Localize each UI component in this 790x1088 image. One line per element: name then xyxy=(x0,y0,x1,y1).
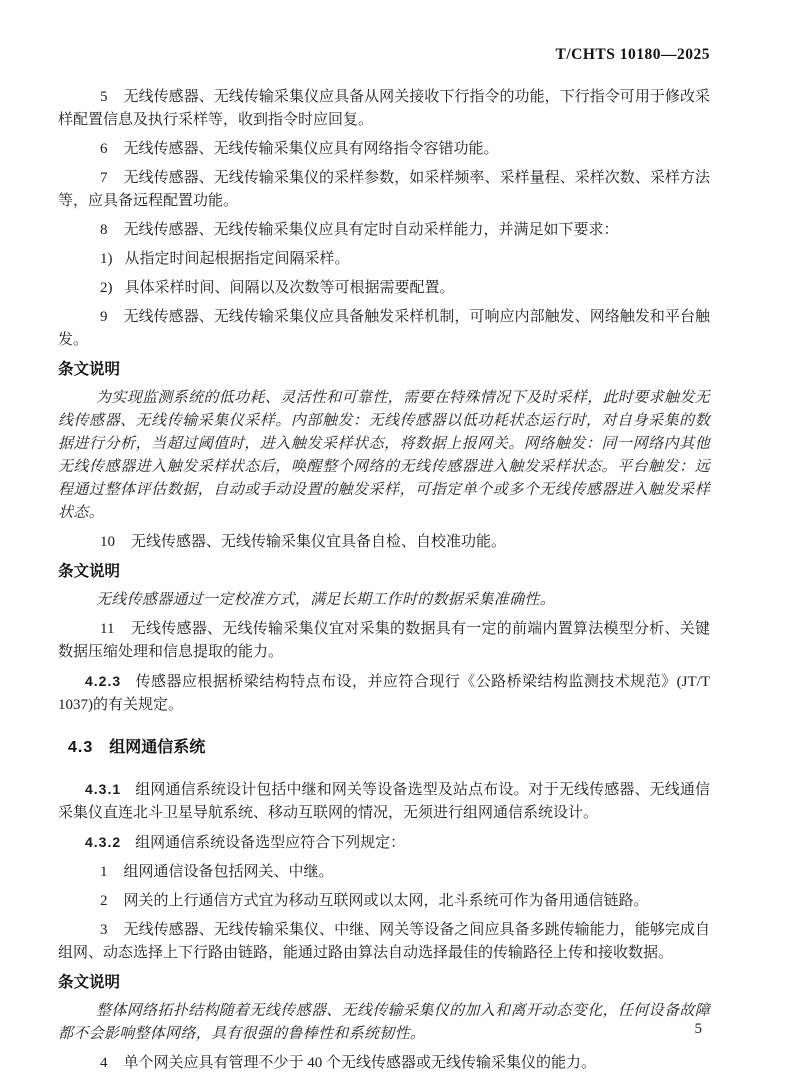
item-text: 具体采样时间、间隔以及次数等可根据需要配置。 xyxy=(125,280,455,296)
clause-item-8: 8无线传感器、无线传输采集仪应具有定时自动采样能力，并满足如下要求： xyxy=(58,219,710,242)
item-text: 从指定时间起根据指定间隔采样。 xyxy=(125,251,350,267)
clause-item-11: 11无线传感器、无线传输采集仪宜对采集的数据具有一定的前端内置算法模型分析、关键… xyxy=(58,618,710,664)
clause-text: 组网通信系统设计包括中继和网关等设备选型及站点布设。对于无线传感器、无线通信采集… xyxy=(58,782,710,821)
note-heading-2: 条文说明 xyxy=(58,560,710,583)
page-header: T/CHTS 10180—2025 xyxy=(58,46,710,64)
item-text: 无线传感器、无线传输采集仪应具备触发采样机制，可响应内部触发、网络触发和平台触发… xyxy=(58,309,710,348)
item-number: 2) xyxy=(100,280,113,296)
document-content: 5无线传感器、无线传输采集仪应具备从网关接收下行指令的功能，下行指令可用于修改采… xyxy=(58,86,710,1075)
clause-item-9: 9无线传感器、无线传输采集仪应具备触发采样机制，可响应内部触发、网络触发和平台触… xyxy=(58,306,710,352)
item-number: 1 xyxy=(100,864,108,880)
list-item-3: 3无线传感器、无线传输采集仪、中继、网关等设备之间应具备多跳传输能力，能够完成自… xyxy=(58,919,710,965)
page-number: 5 xyxy=(695,1021,703,1038)
clause-item-10: 10无线传感器、无线传输采集仪宜具备自检、自校准功能。 xyxy=(58,531,710,554)
note-body-1: 为实现监测系统的低功耗、灵活性和可靠性，需要在特殊情况下及时采样，此时要求触发无… xyxy=(58,387,710,525)
item-text: 无线传感器、无线传输采集仪、中继、网关等设备之间应具备多跳传输能力，能够完成自组… xyxy=(58,922,710,961)
clause-text: 传感器应根据桥梁结构特点布设，并应符合现行《公路桥梁结构监测技术规范》(JT/T… xyxy=(58,674,710,713)
section-title: 组网通信系统 xyxy=(109,739,205,756)
list-item-2: 2网关的上行通信方式宜为移动互联网或以太网，北斗系统可作为备用通信链路。 xyxy=(58,890,710,913)
list-item-4: 4单个网关应具有管理不少于 40 个无线传感器或无线传输采集仪的能力。 xyxy=(58,1052,710,1075)
doc-code: T/CHTS 10180—2025 xyxy=(556,46,710,63)
item-number: 11 xyxy=(100,621,114,637)
list-item-1: 1组网通信设备包括网关、中继。 xyxy=(58,861,710,884)
item-number: 5 xyxy=(100,89,108,105)
clause-text: 组网通信系统设备选型应符合下列规定： xyxy=(135,835,405,851)
sub-item-2: 2)具体采样时间、间隔以及次数等可根据需要配置。 xyxy=(58,277,710,300)
item-text: 无线传感器、无线传输采集仪宜具备自检、自校准功能。 xyxy=(131,534,506,550)
note-heading-1: 条文说明 xyxy=(58,358,710,381)
clause-item-6: 6无线传感器、无线传输采集仪应具有网络指令容错功能。 xyxy=(58,138,710,161)
item-number: 1) xyxy=(100,251,113,267)
clause-item-5: 5无线传感器、无线传输采集仪应具备从网关接收下行指令的功能，下行指令可用于修改采… xyxy=(58,86,710,132)
note-body-3: 整体网络拓扑结构随着无线传感器、无线传输采集仪的加入和离开动态变化，任何设备故障… xyxy=(58,1000,710,1046)
item-number: 6 xyxy=(100,141,108,157)
clause-number: 4.3.1 xyxy=(85,781,121,797)
note-body-2: 无线传感器通过一定校准方式，满足长期工作时的数据采集准确性。 xyxy=(58,589,710,612)
item-text: 无线传感器、无线传输采集仪应具备从网关接收下行指令的功能，下行指令可用于修改采样… xyxy=(58,89,710,128)
clause-4-3-2: 4.3.2组网通信系统设备选型应符合下列规定： xyxy=(58,831,710,855)
item-text: 单个网关应具有管理不少于 40 个无线传感器或无线传输采集仪的能力。 xyxy=(124,1055,597,1071)
item-text: 无线传感器、无线传输采集仪宜对采集的数据具有一定的前端内置算法模型分析、关键数据… xyxy=(58,621,710,660)
item-number: 2 xyxy=(100,893,108,909)
clause-number: 4.3.2 xyxy=(85,834,121,850)
item-number: 3 xyxy=(100,922,108,938)
item-number: 8 xyxy=(100,222,108,238)
item-text: 无线传感器、无线传输采集仪的采样参数，如采样频率、采样量程、采样次数、采样方法等… xyxy=(58,170,710,209)
item-text: 组网通信设备包括网关、中继。 xyxy=(124,864,334,880)
item-number: 9 xyxy=(100,309,108,325)
clause-item-7: 7无线传感器、无线传输采集仪的采样参数，如采样频率、采样量程、采样次数、采样方法… xyxy=(58,167,710,213)
item-number: 10 xyxy=(100,534,115,550)
section-heading-4-3: 4.3组网通信系统 xyxy=(58,736,710,759)
document-page: T/CHTS 10180—2025 5无线传感器、无线传输采集仪应具备从网关接收… xyxy=(0,0,790,1088)
sub-item-1: 1)从指定时间起根据指定间隔采样。 xyxy=(58,248,710,271)
section-number: 4.3 xyxy=(68,739,93,756)
item-text: 无线传感器、无线传输采集仪应具有定时自动采样能力，并满足如下要求： xyxy=(124,222,619,238)
clause-number: 4.2.3 xyxy=(85,673,121,689)
clause-4-2-3: 4.2.3传感器应根据桥梁结构特点布设，并应符合现行《公路桥梁结构监测技术规范》… xyxy=(58,670,710,717)
item-number: 7 xyxy=(100,170,108,186)
clause-4-3-1: 4.3.1组网通信系统设计包括中继和网关等设备选型及站点布设。对于无线传感器、无… xyxy=(58,778,710,825)
item-number: 4 xyxy=(100,1055,108,1071)
item-text: 无线传感器、无线传输采集仪应具有网络指令容错功能。 xyxy=(124,141,499,157)
note-heading-3: 条文说明 xyxy=(58,971,710,994)
item-text: 网关的上行通信方式宜为移动互联网或以太网，北斗系统可作为备用通信链路。 xyxy=(124,893,649,909)
